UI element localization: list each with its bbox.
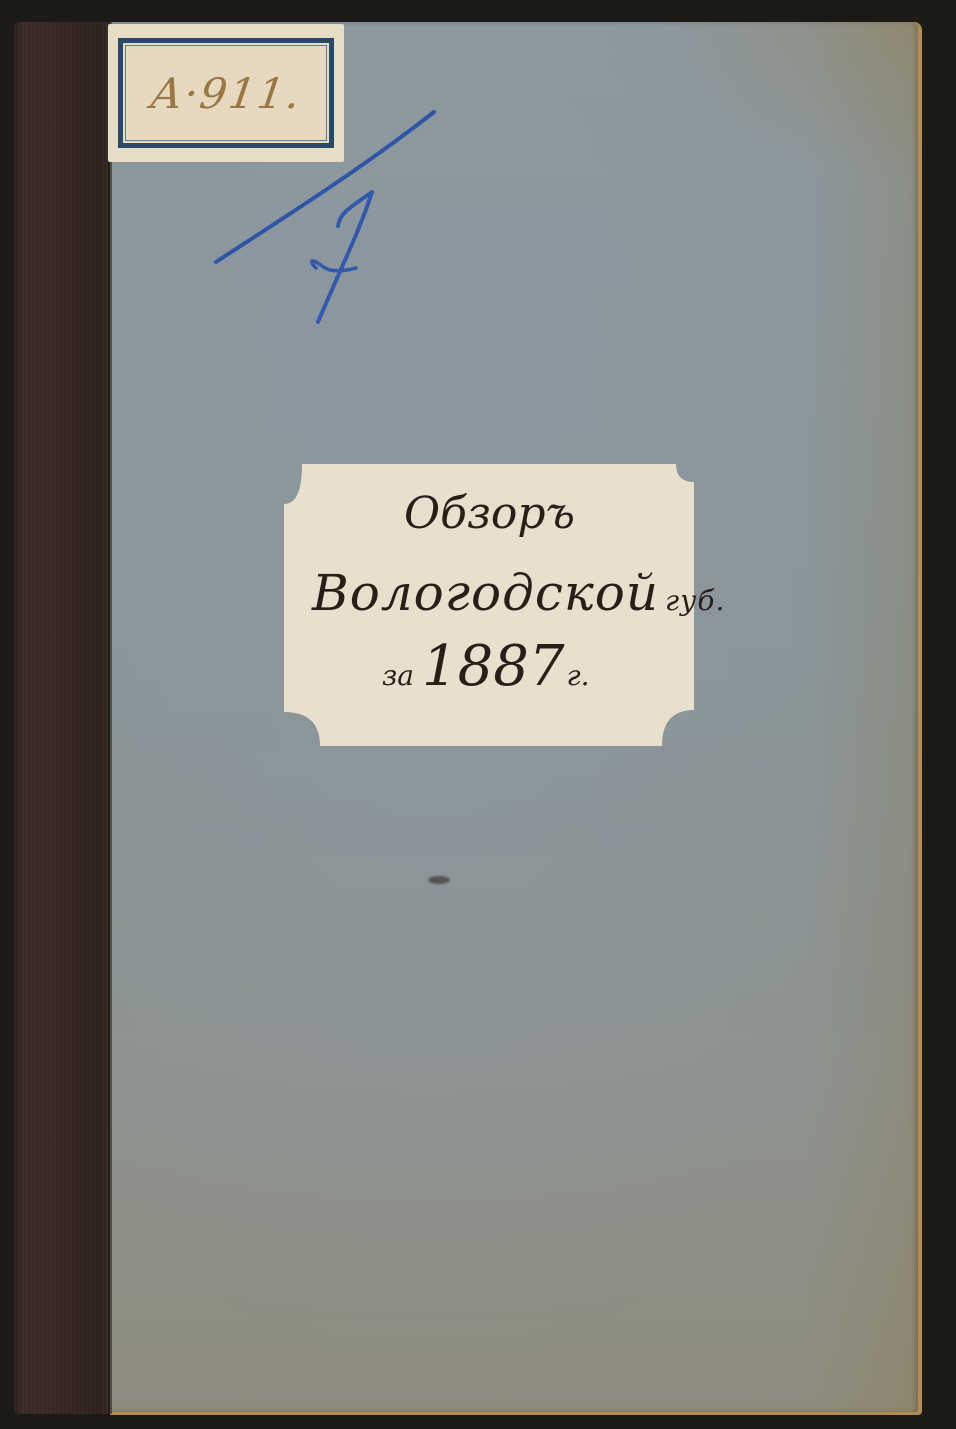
title-text: Обзоръ Вологодскойгуб. за1887г.	[284, 464, 694, 746]
title-line-2-suffix: губ.	[665, 584, 725, 617]
title-line-3-prefix: за	[382, 659, 414, 692]
spine-shadow	[108, 22, 112, 1414]
title-label: Обзоръ Вологодскойгуб. за1887г.	[284, 464, 694, 746]
stain-mark	[428, 876, 450, 884]
title-line-3: за1887г.	[382, 634, 590, 699]
title-line-3-suffix: г.	[566, 659, 589, 692]
title-year: 1887	[422, 634, 565, 699]
title-line-2: Вологодскойгуб.	[312, 564, 725, 622]
title-line-1: Обзоръ	[404, 488, 575, 539]
spine	[14, 22, 110, 1414]
pencil-annotation	[200, 100, 460, 340]
cover-discoloration-top	[658, 22, 918, 182]
cover-discoloration	[808, 22, 918, 1412]
title-line-2-main: Вологодской	[312, 564, 659, 622]
